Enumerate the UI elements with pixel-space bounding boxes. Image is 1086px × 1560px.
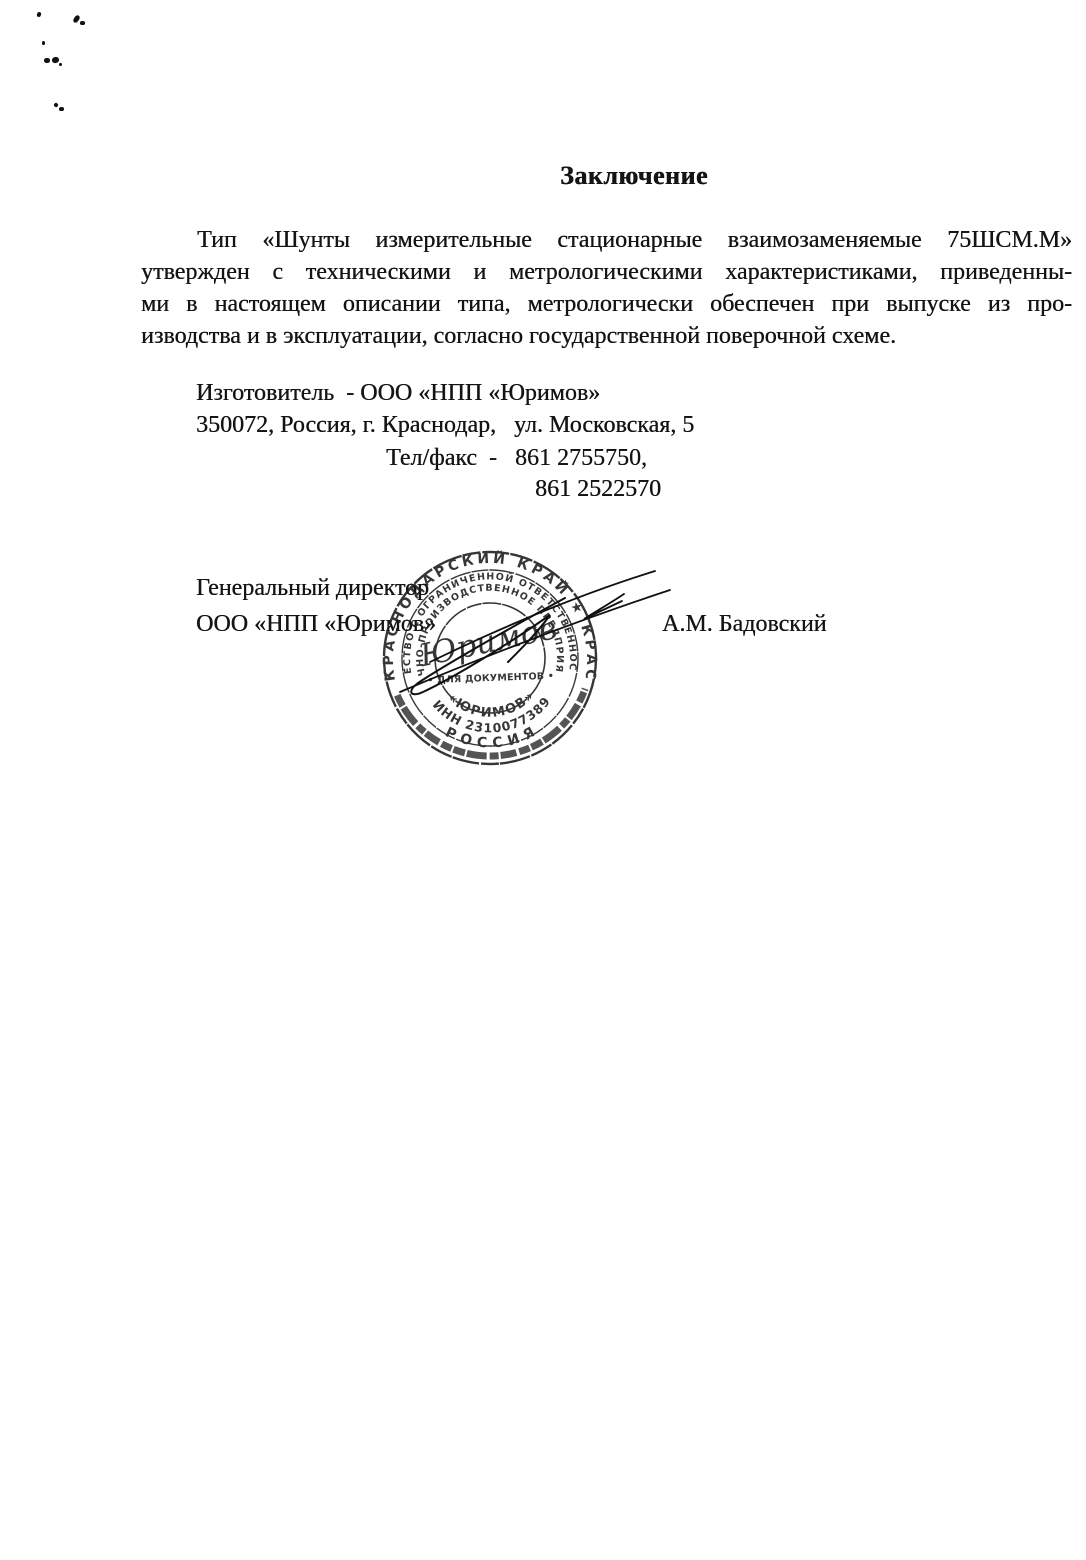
stamp-seal: КРАСНОДАРСКИЙ КРАЙ ★ КРАСНОДАР ★ ОБЩЕСТВ… <box>360 540 603 769</box>
paragraph-line: утвержден с техническими и метрологическ… <box>141 256 1072 288</box>
manufacturer-phone-2: 861 2522570 <box>535 474 661 505</box>
manufacturer-phone-fax: Тел/факс - 861 2755750, <box>386 443 647 474</box>
ink-speck <box>80 21 85 25</box>
paragraph-line: Тип «Шунты измерительные стационарные вз… <box>197 224 1072 256</box>
page-title: Заключение <box>560 161 708 191</box>
ink-speck <box>53 102 59 108</box>
ink-speck <box>42 41 45 45</box>
paragraph-line: ми в настоящем описании типа, метрологич… <box>141 288 1072 320</box>
signature-stroke <box>584 594 624 619</box>
scanned-document-page: Заключение Тип «Шунты измерительные стац… <box>0 0 1086 1560</box>
manufacturer-address: 350072, Россия, г. Краснодар, ул. Москов… <box>196 410 694 441</box>
ink-speck <box>59 63 62 66</box>
paragraph-line: изводства и в эксплуатации, согласно гос… <box>141 320 1072 352</box>
company-stamp: КРАСНОДАРСКИЙ КРАЙ ★ КРАСНОДАР ★ ОБЩЕСТВ… <box>360 540 700 785</box>
ink-speck <box>59 107 64 111</box>
ink-speck <box>44 58 50 63</box>
ink-speck <box>36 11 41 17</box>
manufacturer-line: Изготовитель - ООО «НПП «Юримов» <box>196 378 600 409</box>
